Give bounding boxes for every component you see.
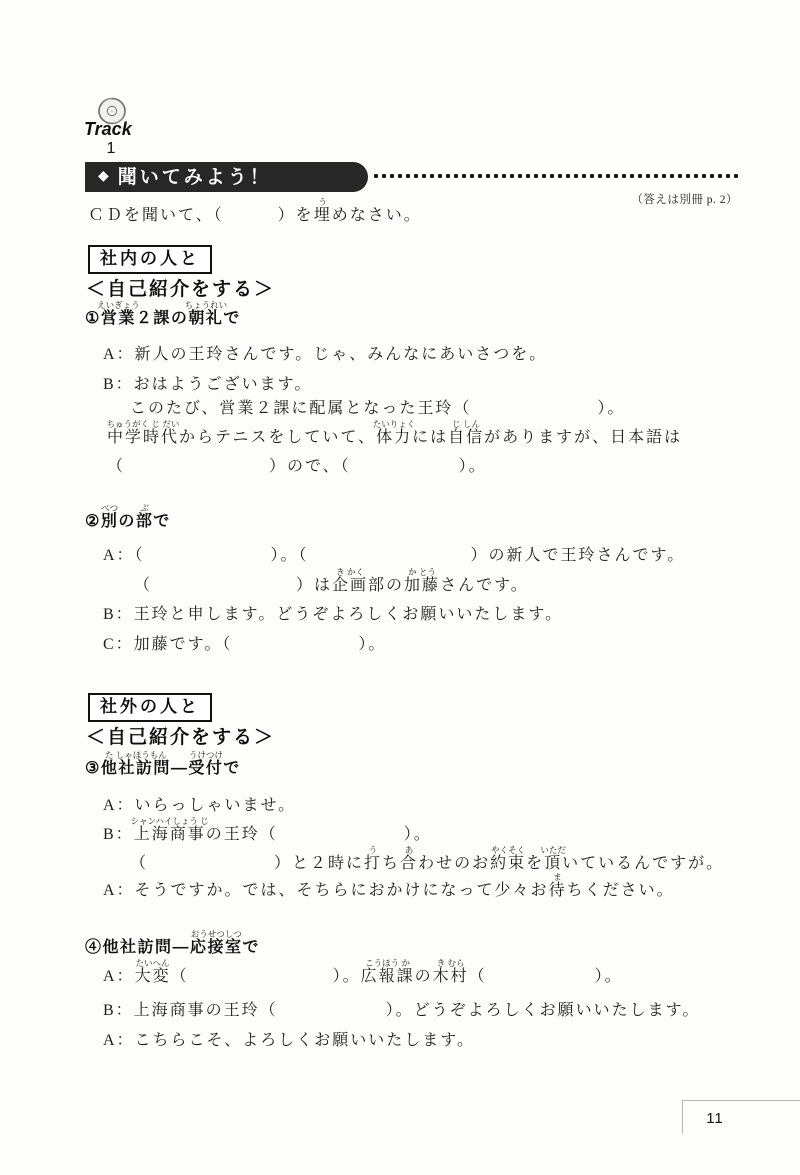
exercise3-title: ③他社訪問た しゃほうもん―受付うけつけで: [85, 758, 241, 780]
dotted-leader: [372, 172, 738, 180]
instruction-line: ＣＤを聞いて、（ ）を埋うめなさい。: [88, 205, 422, 227]
dialogue-line-ex2-a2: （ ）は企画き かく部の加藤か とうさんです。: [134, 575, 529, 597]
exercise2-title: ②別べつの部ぶで: [85, 511, 171, 533]
dialogue-line-ex4-b1: B：上海商事の王玲（ ）。どうぞよろしくお願いいたします。: [103, 1000, 700, 1022]
dialogue-line-ex4-a1: A：大変たいへん（ ）。広報課こうほう かの木村き むら（ ）。: [103, 966, 623, 988]
page-corner-rule-horizontal: [682, 1100, 800, 1101]
textbook-page: Track 1 ◆ 聞いてみよう！ （答えは別冊 p. 2） ＣＤを聞いて、（ …: [0, 0, 800, 1175]
diamond-icon: ◆: [98, 170, 109, 184]
dialogue-line-ex1-b2: このたび、営業２課に配属となった王玲（ ）。: [130, 398, 625, 420]
page-corner-rule-vertical: [682, 1100, 683, 1134]
dialogue-line-ex1-b3: 中学時代ちゅうがく じ だいからテニスをしていて、体力たいりょくには自信じ しん…: [107, 427, 682, 449]
subtitle-self-introduction-outside: ＜自己紹介をする＞: [86, 727, 275, 749]
dialogue-line-ex1-a1: A：新人の王玲さんです。じゃ、みんなにあいさつを。: [103, 344, 547, 366]
dialogue-line-ex4-a2: A：こちらこそ、よろしくお願いいたします。: [103, 1030, 475, 1052]
dialogue-line-ex3-a1: A：いらっしゃいませ。: [103, 795, 296, 817]
section-label-outside: 社外の人と: [88, 693, 212, 722]
listen-banner: ◆ 聞いてみよう！: [85, 162, 368, 192]
answer-note: （答えは別冊 p. 2）: [560, 191, 738, 207]
banner-title: 聞いてみよう！: [118, 168, 272, 187]
track-label: Track: [84, 119, 132, 140]
exercise1-title: ①営業えいぎょう２課の朝礼ちょうれいで: [85, 308, 241, 330]
section-label-inside: 社内の人と: [88, 245, 212, 274]
dialogue-line-ex2-b1: B：王玲と申します。どうぞよろしくお願いいたします。: [103, 604, 563, 626]
dialogue-line-ex3-a2: A：そうですか。では、そちらにおかけになって少々お待まちください。: [103, 880, 675, 902]
dialogue-line-ex2-c1: C：加藤です。（ ）。: [103, 634, 386, 656]
dialogue-line-ex3-b1: B：上海商事シャンハイしょう じの王玲（ ）。: [103, 824, 432, 846]
track-number: 1: [101, 140, 121, 158]
page-number: 11: [695, 1110, 735, 1127]
dialogue-line-ex2-a1: A：（ ）。（ ）の新人で王玲さんです。: [103, 545, 685, 567]
dialogue-line-ex1-b1: B：おはようございます。: [103, 374, 312, 396]
subtitle-self-introduction-inside: ＜自己紹介をする＞: [86, 279, 275, 301]
exercise4-title: ④他社訪問―応接室おうせつしつで: [85, 937, 260, 959]
dialogue-line-ex1-b4: （ ）ので、（ ）。: [107, 456, 487, 478]
dialogue-line-ex3-b2: （ ）と２時に打うち合あわせのお約束やくそくを頂いただいているんですが。: [130, 853, 724, 875]
